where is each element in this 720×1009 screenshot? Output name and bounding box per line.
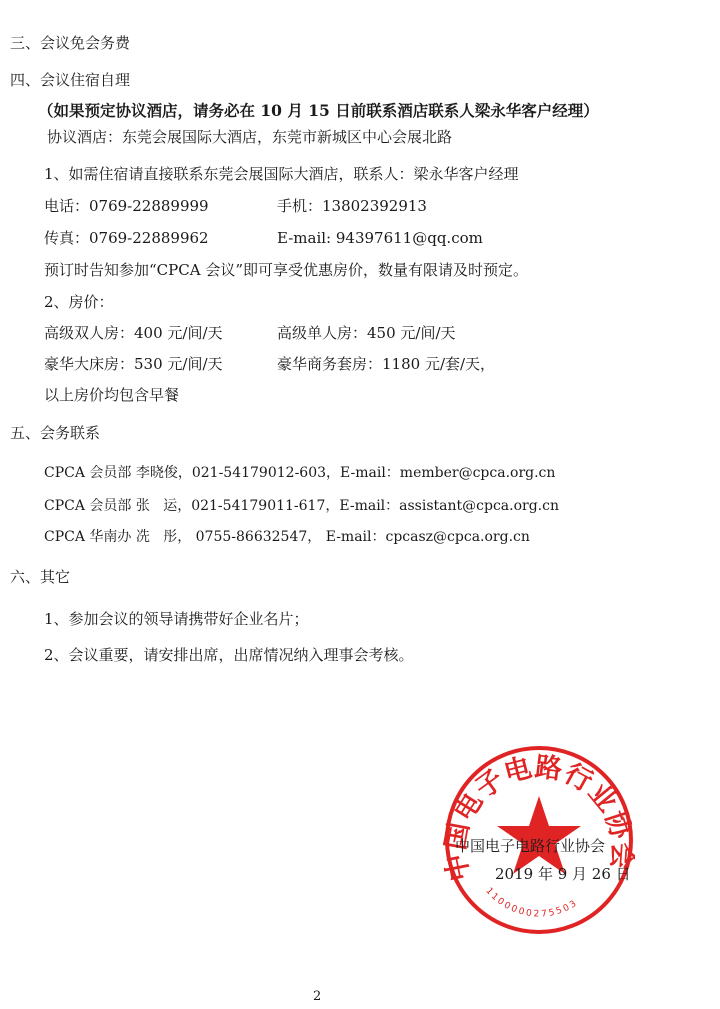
hotel-booking-notice: （如果预定协议酒店，请务必在 10 月 15 日前联系酒店联系人梁永华客户经理）: [38, 102, 599, 120]
signature-org: 中国电子电路行业协会: [455, 835, 605, 856]
other-item: 1、参加会议的领导请携带好企业名片；: [44, 610, 309, 628]
booking-note: 预订时告知参加“CPCA 会议”即可享受优惠房价，数量有限请及时预定。: [44, 261, 528, 279]
hotel-fax: 传真：0769-22889962: [44, 229, 209, 247]
hotel-mobile: 手机：13802392913: [277, 197, 427, 215]
section-3-heading: 三、会议免会务费: [10, 34, 130, 52]
contact-row: CPCA 会员部 李晓俊，021-54179012-603，E-mail：mem…: [44, 464, 555, 482]
price-business-suite: 豪华商务套房：1180 元/套/天，: [277, 355, 495, 373]
section-4-heading: 四、会议住宿自理: [10, 71, 130, 89]
breakfast-note: 以上房价均包含早餐: [44, 386, 179, 404]
price-deluxe-single: 高级单人房：450 元/间/天: [277, 324, 456, 342]
price-luxury-king: 豪华大床房：530 元/间/天: [44, 355, 223, 373]
hotel-phone: 电话：0769-22889999: [44, 197, 209, 215]
other-item: 2、会议重要，请安排出席，出席情况纳入理事会考核。: [44, 646, 414, 664]
section-5-heading: 五、会务联系: [10, 424, 100, 442]
contact-row: CPCA 会员部 张 运，021-54179011-617，E-mail：ass…: [44, 497, 559, 515]
contact-row: CPCA 华南办 冼 彤， 0755-86632547， E-mail：cpca…: [44, 528, 530, 546]
agreement-hotel: 协议酒店：东莞会展国际大酒店，东莞市新城区中心会展北路: [47, 128, 452, 146]
room-price-heading: 2、房价：: [44, 293, 114, 311]
hotel-email: E-mail: 94397611@qq.com: [277, 229, 483, 247]
svg-text:1100000275503: 1100000275503: [483, 886, 580, 919]
signature-date: 2019 年 9 月 26 日: [495, 863, 631, 884]
section-6-heading: 六、其它: [10, 568, 70, 586]
accommodation-item-1: 1、如需住宿请直接联系东莞会展国际大酒店，联系人：梁永华客户经理: [44, 165, 519, 183]
seal-serial: 1100000275503: [483, 886, 580, 919]
page-number: 2: [313, 989, 321, 1004]
price-deluxe-twin: 高级双人房：400 元/间/天: [44, 324, 223, 342]
